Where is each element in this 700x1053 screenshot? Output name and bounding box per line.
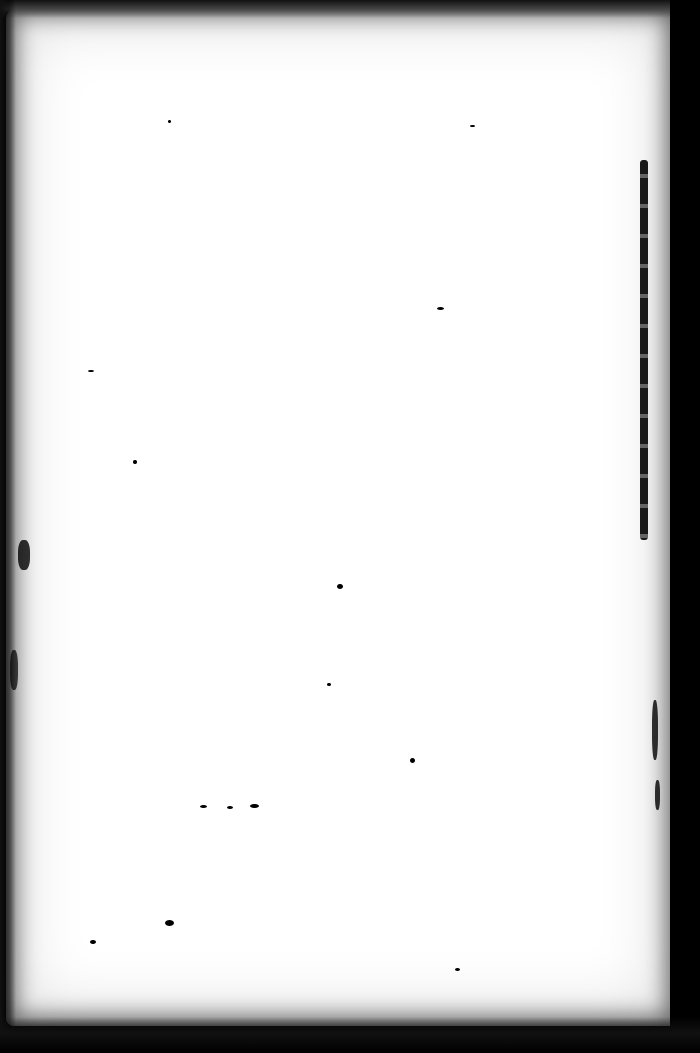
bottom-edge-shadow — [0, 1017, 700, 1053]
binding-gutter-mark — [640, 160, 648, 540]
blank-page — [6, 6, 676, 1026]
top-edge-shadow — [0, 0, 700, 18]
left-edge-shadow — [0, 0, 16, 1053]
right-edge-shadow — [670, 0, 700, 1053]
